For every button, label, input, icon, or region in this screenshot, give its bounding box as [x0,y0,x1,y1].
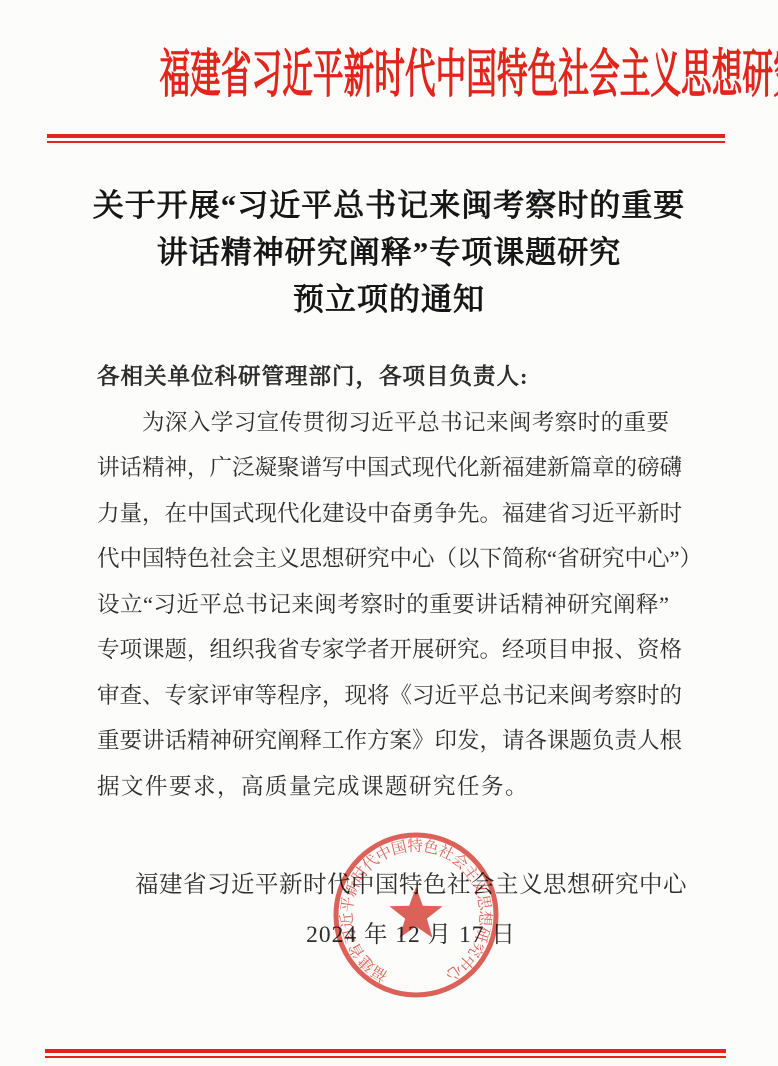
body-line: 据文件要求，高质量完成课题研究任务。 [97,764,669,810]
body-line: 力量，在中国式现代化建设中奋勇争先。福建省习近平新时 [97,491,669,537]
body-line: 为深入学习宣传贯彻习近平总书记来闽考察时的重要 [97,400,669,446]
body-line: 代中国特色社会主义思想研究中心（以下简称“省研究中心”） [97,536,669,582]
salutation-line: 各相关单位科研管理部门，各项目负责人: [97,354,669,400]
footer-separator-thin [45,1056,726,1058]
document-page: 福建省习近平新时代中国特色社会主义思想研究中心 关于开展“习近平总书记来闽考察时… [0,0,778,1066]
body-line: 讲话精神，广泛凝聚谱写中国式现代化新福建新篇章的磅礴 [97,445,669,491]
letterhead-separator-thick [47,134,725,138]
signature-org-name: 福建省习近平新时代中国特色社会主义思想研究中心 [44,870,778,900]
signature-block: 福建省习近平新时代中国特色社会主义思想研究中心 2024 年 12 月 17 日 [0,870,778,950]
notice-title-line-1: 关于开展“习近平总书记来闽考察时的重要 [0,182,778,229]
letterhead-separator-thin [47,141,725,143]
signature-date: 2024 年 12 月 17 日 [44,920,778,950]
body-line: 设立“习近平总书记来闽考察时的重要讲话精神研究阐释” [97,582,669,628]
body-line: 重要讲话精神研究阐释工作方案》印发，请各课题负责人根 [97,718,669,764]
body-line: 审查、专家评审等程序，现将《习近平总书记来闽考察时的 [97,673,669,719]
notice-title: 关于开展“习近平总书记来闽考察时的重要 讲话精神研究阐释”专项课题研究 预立项的… [0,182,778,323]
notice-title-line-2: 讲话精神研究阐释”专项课题研究 [0,229,778,276]
notice-body: 各相关单位科研管理部门，各项目负责人: 为深入学习宣传贯彻习近平总书记来闽考察时… [97,354,669,809]
notice-title-line-3: 预立项的通知 [0,276,778,323]
letterhead-org-name: 福建省习近平新时代中国特色社会主义思想研究中心 [159,44,618,108]
body-line: 专项课题，组织我省专家学者开展研究。经项目申报、资格 [97,627,669,673]
footer-separator-thick [45,1049,726,1053]
